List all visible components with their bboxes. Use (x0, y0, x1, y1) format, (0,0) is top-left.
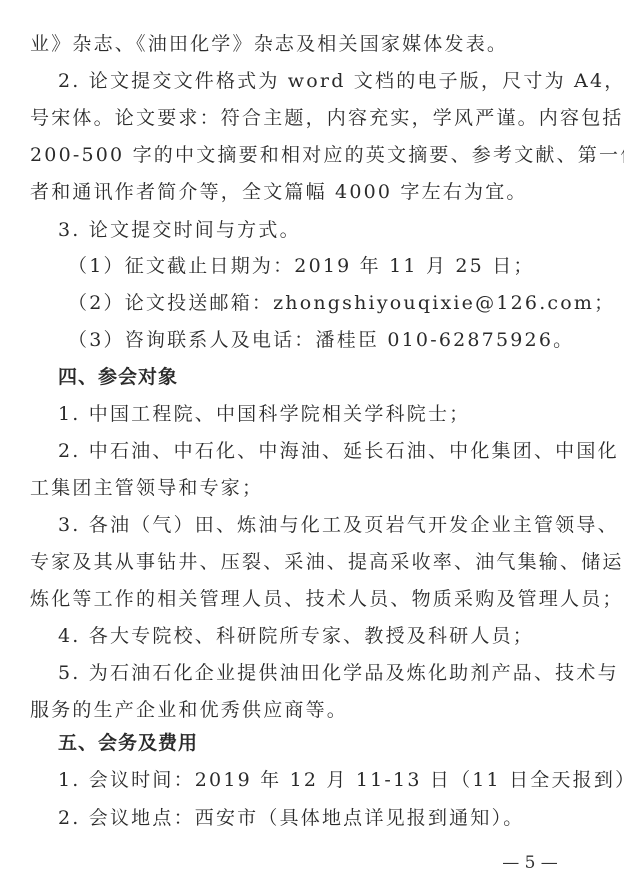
document-page: 业》杂志、《油田化学》杂志及相关国家媒体发表。 2. 论文提交文件格式为 wor… (0, 0, 624, 894)
paragraph-line-publication: 业》杂志、《油田化学》杂志及相关国家媒体发表。 (30, 32, 586, 56)
meeting-time-line: 1. 会议时间：2019 年 12 月 11-13 日（11 日全天报到）。 (58, 768, 586, 792)
attendee-item-1: 1. 中国工程院、中国科学院相关学科院士； (58, 402, 586, 426)
attendee-item-3-cont-2: 炼化等工作的相关管理人员、技术人员、物质采购及管理人员； (30, 587, 586, 611)
attendee-item-5: 5. 为石油石化企业提供油田化学品及炼化助剂产品、技术与 (58, 661, 586, 685)
paragraph-line-length: 者和通讯作者简介等，全文篇幅 4000 字左右为宜。 (30, 180, 586, 204)
attendee-item-2: 2. 中石油、中石化、中海油、延长石油、中化集团、中国化 (58, 439, 586, 463)
page-number: — 5 — (490, 851, 570, 875)
contact-line: （3）咨询联系人及电话：潘桂臣 010-62875926。 (68, 328, 588, 352)
section-heading-attendees: 四、参会对象 (58, 365, 586, 389)
email-line: （2）论文投送邮箱：zhongshiyouqixie@126.com； (68, 291, 588, 315)
attendee-item-3: 3. 各油（气）田、炼油与化工及页岩气开发企业主管领导、 (58, 513, 586, 537)
section-heading-fees: 五、会务及费用 (58, 731, 586, 755)
paragraph-line-requirements: 号宋体。论文要求：符合主题，内容充实，学风严谨。内容包括 (30, 106, 586, 130)
paragraph-line-abstract: 200-500 字的中文摘要和相对应的英文摘要、参考文献、第一作 (30, 143, 586, 167)
deadline-line: （1）征文截止日期为：2019 年 11 月 25 日； (68, 254, 588, 278)
attendee-item-3-cont-1: 专家及其从事钻井、压裂、采油、提高采收率、油气集输、储运、 (30, 550, 586, 574)
attendee-item-2-cont: 工集团主管领导和专家； (30, 476, 586, 500)
paragraph-line-format: 2. 论文提交文件格式为 word 文档的电子版，尺寸为 A4，5 (58, 69, 586, 93)
paragraph-line-submission-method: 3. 论文提交时间与方式。 (58, 218, 586, 242)
meeting-location-line: 2. 会议地点：西安市（具体地点详见报到通知）。 (58, 806, 586, 830)
attendee-item-4: 4. 各大专院校、科研院所专家、教授及科研人员； (58, 624, 586, 648)
attendee-item-5-cont: 服务的生产企业和优秀供应商等。 (30, 698, 586, 722)
